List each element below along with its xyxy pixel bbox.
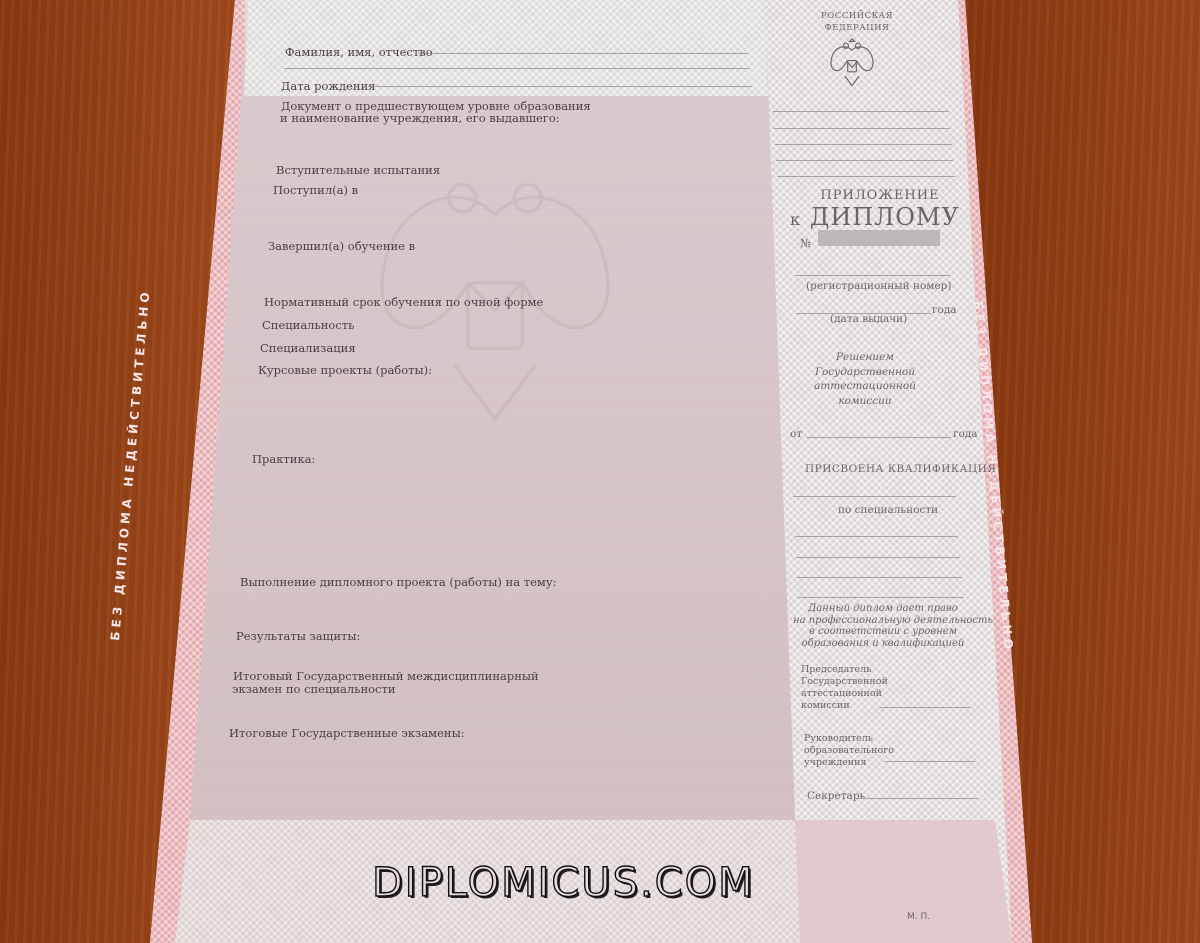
decision-line-3: аттестационной: [810, 379, 920, 394]
specialty-line-1[interactable]: [795, 536, 958, 537]
issue-date-caption: (дата выдачи): [830, 313, 907, 325]
decision-block: Решением Государственной аттестационной …: [810, 350, 920, 408]
coat-of-arms-watermark-icon: [355, 160, 635, 460]
entrance-exams-label: Вступительные испытания: [276, 163, 440, 177]
rights-line-3: в соответствии с уровнем: [793, 626, 973, 638]
stamp-place-label: М. П.: [907, 912, 930, 922]
from-label: от: [790, 428, 802, 440]
number-label: №: [800, 236, 811, 250]
header-line-1[interactable]: [773, 111, 949, 112]
diploma-title: к ДИПЛОМУ: [780, 203, 970, 231]
qualification-label: ПРИСВОЕНА КВАЛИФИКАЦИЯ: [805, 463, 996, 475]
course-projects-label: Курсовые проекты (работы):: [258, 363, 432, 377]
practice-label: Практика:: [252, 452, 315, 466]
final-exam-label-2: экзамен по специальности: [232, 682, 396, 696]
full-name-line-2[interactable]: [284, 68, 750, 69]
reg-number-caption: (регистрационный номер): [806, 280, 951, 292]
final-exam-label-1: Итоговый Государственный междисциплинарн…: [233, 669, 539, 683]
registration-number-redacted: [818, 230, 940, 246]
normative-term-label: Нормативный срок обучения по очной форме: [264, 295, 543, 309]
specialty-line-4[interactable]: [798, 597, 964, 598]
decision-line-4: комиссии: [810, 394, 920, 409]
completed-label: Завершил(а) обучение в: [268, 239, 415, 253]
coat-of-arms-icon: [826, 38, 878, 90]
header-line-3[interactable]: [775, 144, 952, 145]
decision-date-line[interactable]: [807, 437, 951, 438]
full-name-line[interactable]: [418, 53, 748, 54]
qualification-line[interactable]: [793, 496, 956, 497]
full-name-label: Фамилия, имя, отчество: [285, 45, 433, 59]
head-signature-line[interactable]: [885, 761, 975, 762]
decision-line-1: Решением: [810, 350, 920, 365]
prev-doc-label-2: и наименование учреждения, его выдавшего…: [280, 111, 560, 125]
rights-block: Данный диплом дает право на профессионал…: [793, 603, 973, 649]
watermark-text: DIPLOMICUS.COM: [372, 860, 755, 906]
header-line-2[interactable]: [774, 128, 950, 129]
head-line-2: образовательного: [804, 745, 894, 757]
specialty-line-2[interactable]: [796, 557, 960, 558]
title-main: ДИПЛОМУ: [810, 203, 960, 231]
final-state-exams-label: Итоговые Государственные экзамены:: [229, 726, 465, 740]
chairman-block: Председатель Государственной аттестацион…: [801, 664, 888, 712]
head-line-3: учреждения: [804, 757, 894, 769]
title-prefix: к: [790, 210, 801, 229]
defense-results-label: Результаты защиты:: [236, 629, 360, 643]
country-line-2: ФЕДЕРАЦИЯ: [812, 22, 902, 34]
enrolled-label: Поступил(а) в: [273, 183, 358, 197]
issue-year-suffix: года: [932, 304, 957, 316]
chairman-line-1: Председатель: [801, 664, 888, 676]
country-title: РОССИЙСКАЯ ФЕДЕРАЦИЯ: [812, 10, 902, 34]
birth-date-label: Дата рождения: [281, 79, 375, 93]
diploma-project-label: Выполнение дипломного проекта (работы) н…: [240, 575, 557, 589]
rights-line-1: Данный диплом дает право: [793, 603, 973, 615]
chairman-signature-line[interactable]: [880, 707, 970, 708]
head-line-1: Руководитель: [804, 733, 894, 745]
rights-line-4: образования и квалификацией: [793, 638, 973, 650]
secretary-signature-line[interactable]: [866, 798, 978, 799]
head-block: Руководитель образовательного учреждения: [804, 733, 894, 769]
rights-line-2: на профессиональную деятельность: [793, 615, 973, 627]
chairman-line-4: комиссии: [801, 700, 888, 712]
by-specialty-label: по специальности: [838, 504, 938, 516]
decision-year-suffix: года: [953, 428, 978, 440]
specialty-line-3[interactable]: [797, 577, 962, 578]
header-line-5[interactable]: [777, 176, 955, 177]
decision-line-2: Государственной: [810, 365, 920, 380]
birth-date-line[interactable]: [368, 86, 752, 87]
chairman-line-2: Государственной: [801, 676, 888, 688]
secretary-label: Секретарь: [807, 790, 865, 802]
reg-number-line[interactable]: [795, 275, 950, 276]
specialty-label: Специальность: [262, 318, 354, 332]
chairman-line-3: аттестационной: [801, 688, 888, 700]
specialization-label: Специализация: [260, 341, 356, 355]
country-line-1: РОССИЙСКАЯ: [812, 10, 902, 22]
header-line-4[interactable]: [776, 160, 953, 161]
supplement-title: ПРИЛОЖЕНИЕ: [795, 188, 965, 203]
left-strip-text: БЕЗ ДИПЛОМА НЕДЕЙСТВИТЕЛЬНО: [108, 288, 153, 641]
